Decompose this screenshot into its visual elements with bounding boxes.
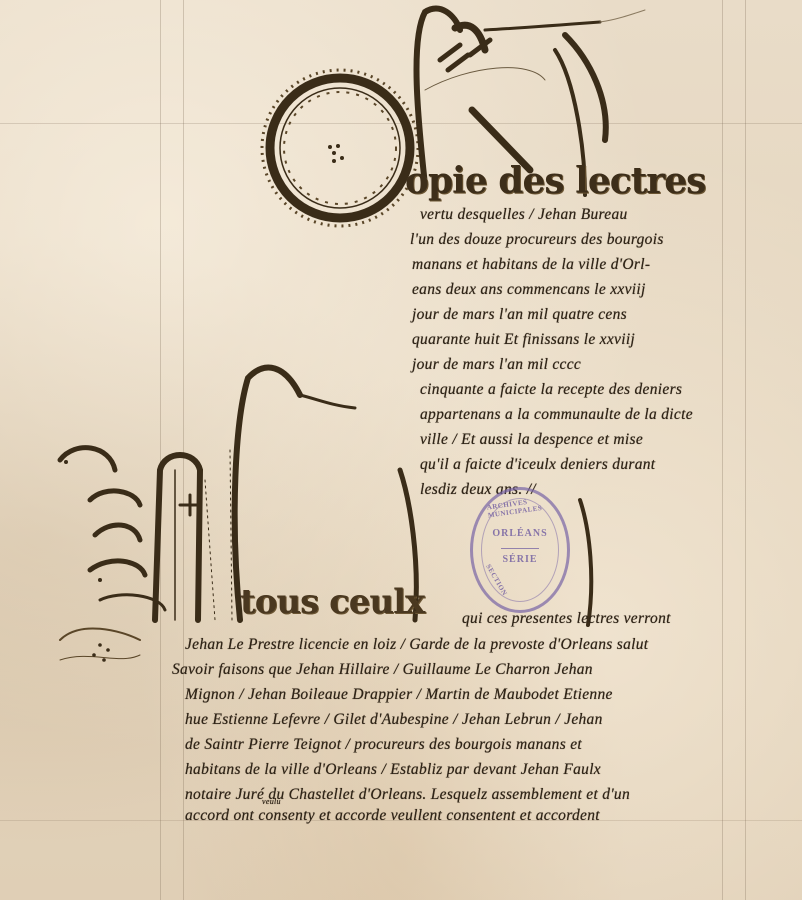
stamp-city: ORLÉANS — [473, 528, 567, 539]
archive-stamp: ARCHIVES MUNICIPALES SECTION ORLÉANS SÉR… — [470, 487, 570, 613]
initial-c-icon — [262, 70, 418, 226]
text-line: accord ont consenty et accorde veullent … — [185, 807, 600, 825]
text-line: l'un des douze procureurs des bourgois — [410, 231, 664, 249]
text-line: jour de mars l'an mil cccc — [412, 356, 581, 374]
text-line: quarante huit Et finissans le xxviij — [412, 331, 635, 349]
text-line: Mignon / Jehan Boileaue Drappier / Marti… — [185, 686, 613, 704]
stamp-series: SÉRIE — [473, 554, 567, 565]
text-line: eans deux ans commencans le xxviij — [412, 281, 646, 299]
interlinear-note: veulu — [262, 797, 281, 806]
text-line: appartenans a la communaulte de la dicte — [420, 406, 693, 424]
text-line: jour de mars l'an mil quatre cens — [412, 306, 627, 324]
text-line: Savoir faisons que Jehan Hillaire / Guil… — [172, 661, 593, 679]
text-line: vertu desquelles / Jehan Bureau — [420, 206, 628, 224]
lower-heading: tous ceulx — [240, 582, 424, 622]
text-line: ville / Et aussi la despence et mise — [420, 431, 643, 449]
text-line: hue Estienne Lefevre / Gilet d'Aubespine… — [185, 711, 603, 729]
text-line: notaire Juré du Chastellet d'Orleans. Le… — [185, 786, 630, 804]
text-line: habitans de la ville d'Orleans / Establi… — [185, 761, 601, 779]
text-line: de Saintr Pierre Teignot / procureurs de… — [185, 736, 582, 754]
text-line: cinquante a faicte la recepte des denier… — [420, 381, 682, 399]
text-line: qui ces presentes lectres verront — [462, 610, 671, 628]
text-line: qu'il a faicte d'iceulx deniers durant — [420, 456, 655, 474]
text-line: Jehan Le Prestre licencie en loiz / Gard… — [185, 636, 648, 654]
upper-heading: opie des lectres — [405, 160, 705, 202]
text-line: manans et habitans de la ville d'Orl- — [412, 256, 650, 274]
stamp-divider — [501, 548, 539, 549]
